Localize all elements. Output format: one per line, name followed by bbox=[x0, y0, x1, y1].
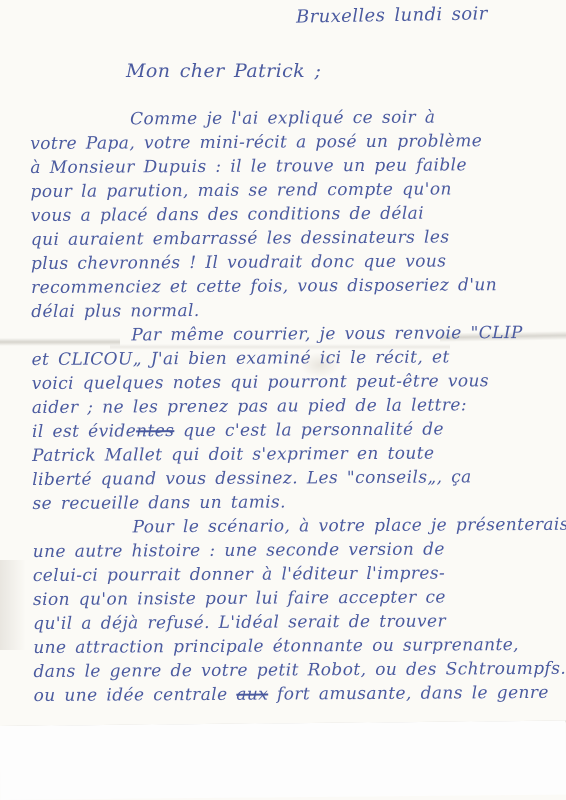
letter-line: recommenciez et cette fois, vous dispose… bbox=[31, 273, 551, 300]
letter-line: se recueille dans un tamis. bbox=[32, 489, 552, 516]
letter-line: et CLICOU„ J'ai bien examiné ici le réci… bbox=[31, 345, 551, 372]
fold-crease-lower-left bbox=[0, 560, 26, 650]
letter-line: qui auraient embarrassé les dessinateurs… bbox=[31, 225, 551, 252]
letter-line-segment: que c'est la personnalité de bbox=[174, 419, 444, 441]
letter-line: délai plus normal. bbox=[31, 297, 551, 324]
letter-line: Pour le scénario, à votre place je prése… bbox=[32, 513, 552, 540]
letter-line: aider ; ne les prenez pas au pied de la … bbox=[32, 393, 552, 420]
letter-line: vous a placé dans des conditions de déla… bbox=[31, 201, 551, 228]
letter-line: sion qu'on insiste pour lui faire accept… bbox=[33, 585, 553, 612]
letter-body: Comme je l'ai expliqué ce soir à votre P… bbox=[30, 105, 554, 708]
letter-line: pour la parution, mais se rend compte qu… bbox=[30, 177, 550, 204]
letter-line-segment: ou une idée centrale bbox=[34, 685, 237, 706]
letter-line: dans le genre de votre petit Robot, ou d… bbox=[33, 657, 553, 684]
letter-line: Patrick Mallet qui doit s'exprimer en to… bbox=[32, 441, 552, 468]
letter-line: voici quelques notes qui pourront peut-ê… bbox=[32, 369, 552, 396]
crossed-out-word: ntes bbox=[136, 421, 174, 441]
crossed-out-word: aux bbox=[236, 685, 268, 705]
letter-line: ou une idée centrale aux fort amusante, … bbox=[34, 681, 554, 708]
letter-line: celui-ci pourrait donner à l'éditeur l'i… bbox=[33, 561, 553, 588]
letter-line-segment: fort amusante, dans le genre bbox=[268, 683, 549, 705]
letter-line: une autre histoire : une seconde version… bbox=[33, 537, 553, 564]
letter-line: une attraction principale étonnante ou s… bbox=[33, 633, 553, 660]
scanner-background bbox=[0, 721, 566, 800]
letter-salutation: Mon cher Patrick ; bbox=[126, 60, 321, 82]
letter-page: Bruxelles lundi soir Mon cher Patrick ; … bbox=[0, 0, 566, 800]
letter-line: plus chevronnés ! Il voudrait donc que v… bbox=[31, 249, 551, 276]
letter-line: il est évidentes que c'est la personnali… bbox=[32, 417, 552, 444]
letter-line: qu'il a déjà refusé. L'idéal serait de t… bbox=[33, 609, 553, 636]
letter-line: à Monsieur Dupuis : il le trouve un peu … bbox=[30, 153, 550, 180]
letter-line: Comme je l'ai expliqué ce soir à bbox=[30, 105, 550, 132]
letter-dateline: Bruxelles lundi soir bbox=[296, 3, 488, 27]
letter-line: liberté quand vous dessinez. Les "consei… bbox=[32, 465, 552, 492]
letter-line-segment: il est évide bbox=[32, 421, 136, 442]
letter-line: votre Papa, votre mini-récit a posé un p… bbox=[30, 129, 550, 156]
letter-line: Par même courrier, je vous renvoie "CLIP bbox=[31, 321, 551, 348]
